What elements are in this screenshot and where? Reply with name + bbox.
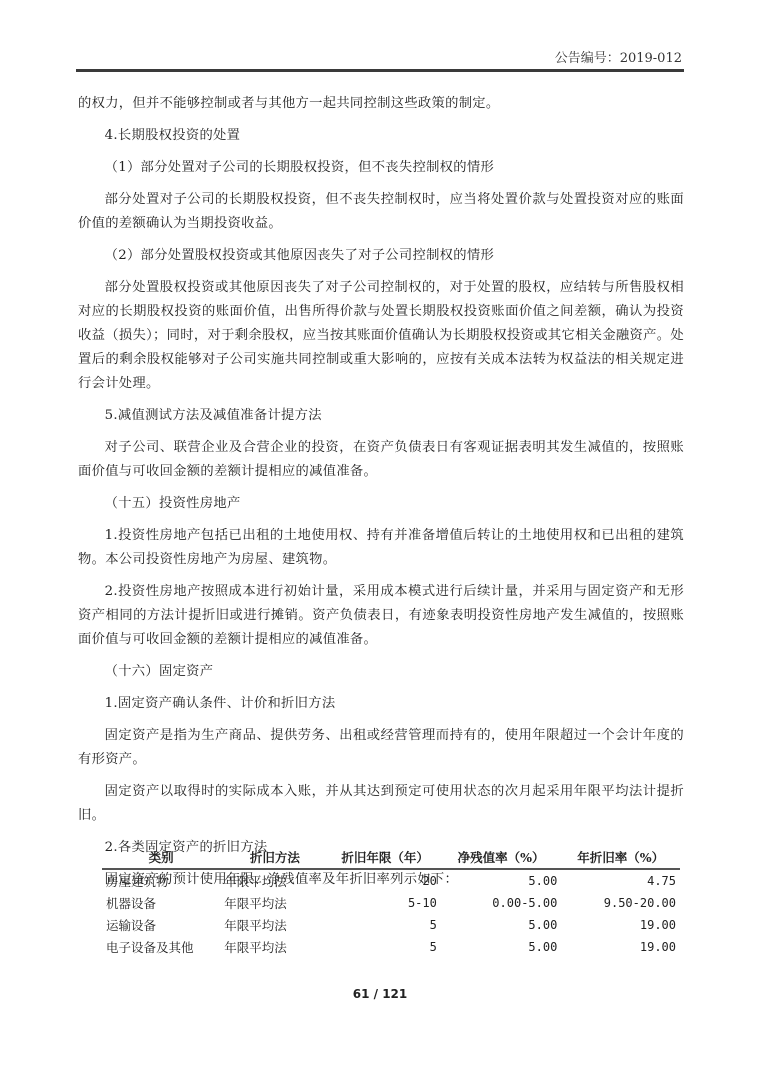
table-row: 机器设备 年限平均法 5-10 0.00-5.00 9.50-20.00 xyxy=(102,892,680,914)
cell-category: 机器设备 xyxy=(102,892,220,914)
chapter-heading: （十六）固定资产 xyxy=(78,660,684,684)
paragraph: 部分处置对子公司的长期股权投资，但不丧失控制权时，应当将处置价款与处置投资对应的… xyxy=(78,188,684,236)
paragraph: 固定资产以取得时的实际成本入账，并从其达到预定可使用状态的次月起采用年限平均法计… xyxy=(78,780,684,828)
header-divider xyxy=(76,69,684,72)
cell-annual-rate: 4.75 xyxy=(561,869,680,892)
paragraph: 部分处置股权投资或其他原因丧失了对子公司控制权的，对于处置的股权，应结转与所售股… xyxy=(78,276,684,396)
column-header-method: 折旧方法 xyxy=(220,848,329,869)
cell-residual-rate: 5.00 xyxy=(441,869,561,892)
depreciation-table: 类别 折旧方法 折旧年限（年） 净残值率（%） 年折旧率（%） 房屋建筑物 年限… xyxy=(102,848,680,958)
table-row: 房屋建筑物 年限平均法 20 5.00 4.75 xyxy=(102,869,680,892)
cell-category: 运输设备 xyxy=(102,914,220,936)
column-header-years: 折旧年限（年） xyxy=(329,848,440,869)
cell-years: 5-10 xyxy=(329,892,440,914)
column-header-annual-rate: 年折旧率（%） xyxy=(561,848,680,869)
paragraph: 2.投资性房地产按照成本进行初始计量，采用成本模式进行后续计量，并采用与固定资产… xyxy=(78,580,684,652)
cell-years: 20 xyxy=(329,869,440,892)
cell-method: 年限平均法 xyxy=(220,869,329,892)
paragraph: 1.投资性房地产包括已出租的土地使用权、持有并准备增值后转让的土地使用权和已出租… xyxy=(78,524,684,572)
cell-residual-rate: 0.00-5.00 xyxy=(441,892,561,914)
column-header-residual-rate: 净残值率（%） xyxy=(441,848,561,869)
cell-years: 5 xyxy=(329,936,440,958)
cell-category: 电子设备及其他 xyxy=(102,936,220,958)
section-heading: 1.固定资产确认条件、计价和折旧方法 xyxy=(78,692,684,716)
section-heading: 5.减值测试方法及减值准备计提方法 xyxy=(78,404,684,428)
cell-annual-rate: 9.50-20.00 xyxy=(561,892,680,914)
section-heading: 4.长期股权投资的处置 xyxy=(78,124,684,148)
table-row: 电子设备及其他 年限平均法 5 5.00 19.00 xyxy=(102,936,680,958)
cell-residual-rate: 5.00 xyxy=(441,914,561,936)
table-row: 运输设备 年限平均法 5 5.00 19.00 xyxy=(102,914,680,936)
announcement-number: 公告编号：2019-012 xyxy=(555,47,682,66)
cell-annual-rate: 19.00 xyxy=(561,914,680,936)
cell-years: 5 xyxy=(329,914,440,936)
paragraph: 的权力，但并不能够控制或者与其他方一起共同控制这些政策的制定。 xyxy=(78,92,684,116)
document-body: 的权力，但并不能够控制或者与其他方一起共同控制这些政策的制定。 4.长期股权投资… xyxy=(78,92,684,900)
cell-annual-rate: 19.00 xyxy=(561,936,680,958)
chapter-heading: （十五）投资性房地产 xyxy=(78,492,684,516)
cell-method: 年限平均法 xyxy=(220,892,329,914)
subsection-heading: （2）部分处置股权投资或其他原因丧失了对子公司控制权的情形 xyxy=(78,244,684,268)
paragraph: 对子公司、联营企业及合营企业的投资，在资产负债表日有客观证据表明其发生减值的，按… xyxy=(78,436,684,484)
column-header-category: 类别 xyxy=(102,848,220,869)
cell-residual-rate: 5.00 xyxy=(441,936,561,958)
cell-category: 房屋建筑物 xyxy=(102,869,220,892)
cell-method: 年限平均法 xyxy=(220,936,329,958)
subsection-heading: （1）部分处置对子公司的长期股权投资，但不丧失控制权的情形 xyxy=(78,156,684,180)
cell-method: 年限平均法 xyxy=(220,914,329,936)
paragraph: 固定资产是指为生产商品、提供劳务、出租或经营管理而持有的，使用年限超过一个会计年… xyxy=(78,724,684,772)
table-header-row: 类别 折旧方法 折旧年限（年） 净残值率（%） 年折旧率（%） xyxy=(102,848,680,869)
page-indicator: 61 / 121 xyxy=(0,987,760,1001)
